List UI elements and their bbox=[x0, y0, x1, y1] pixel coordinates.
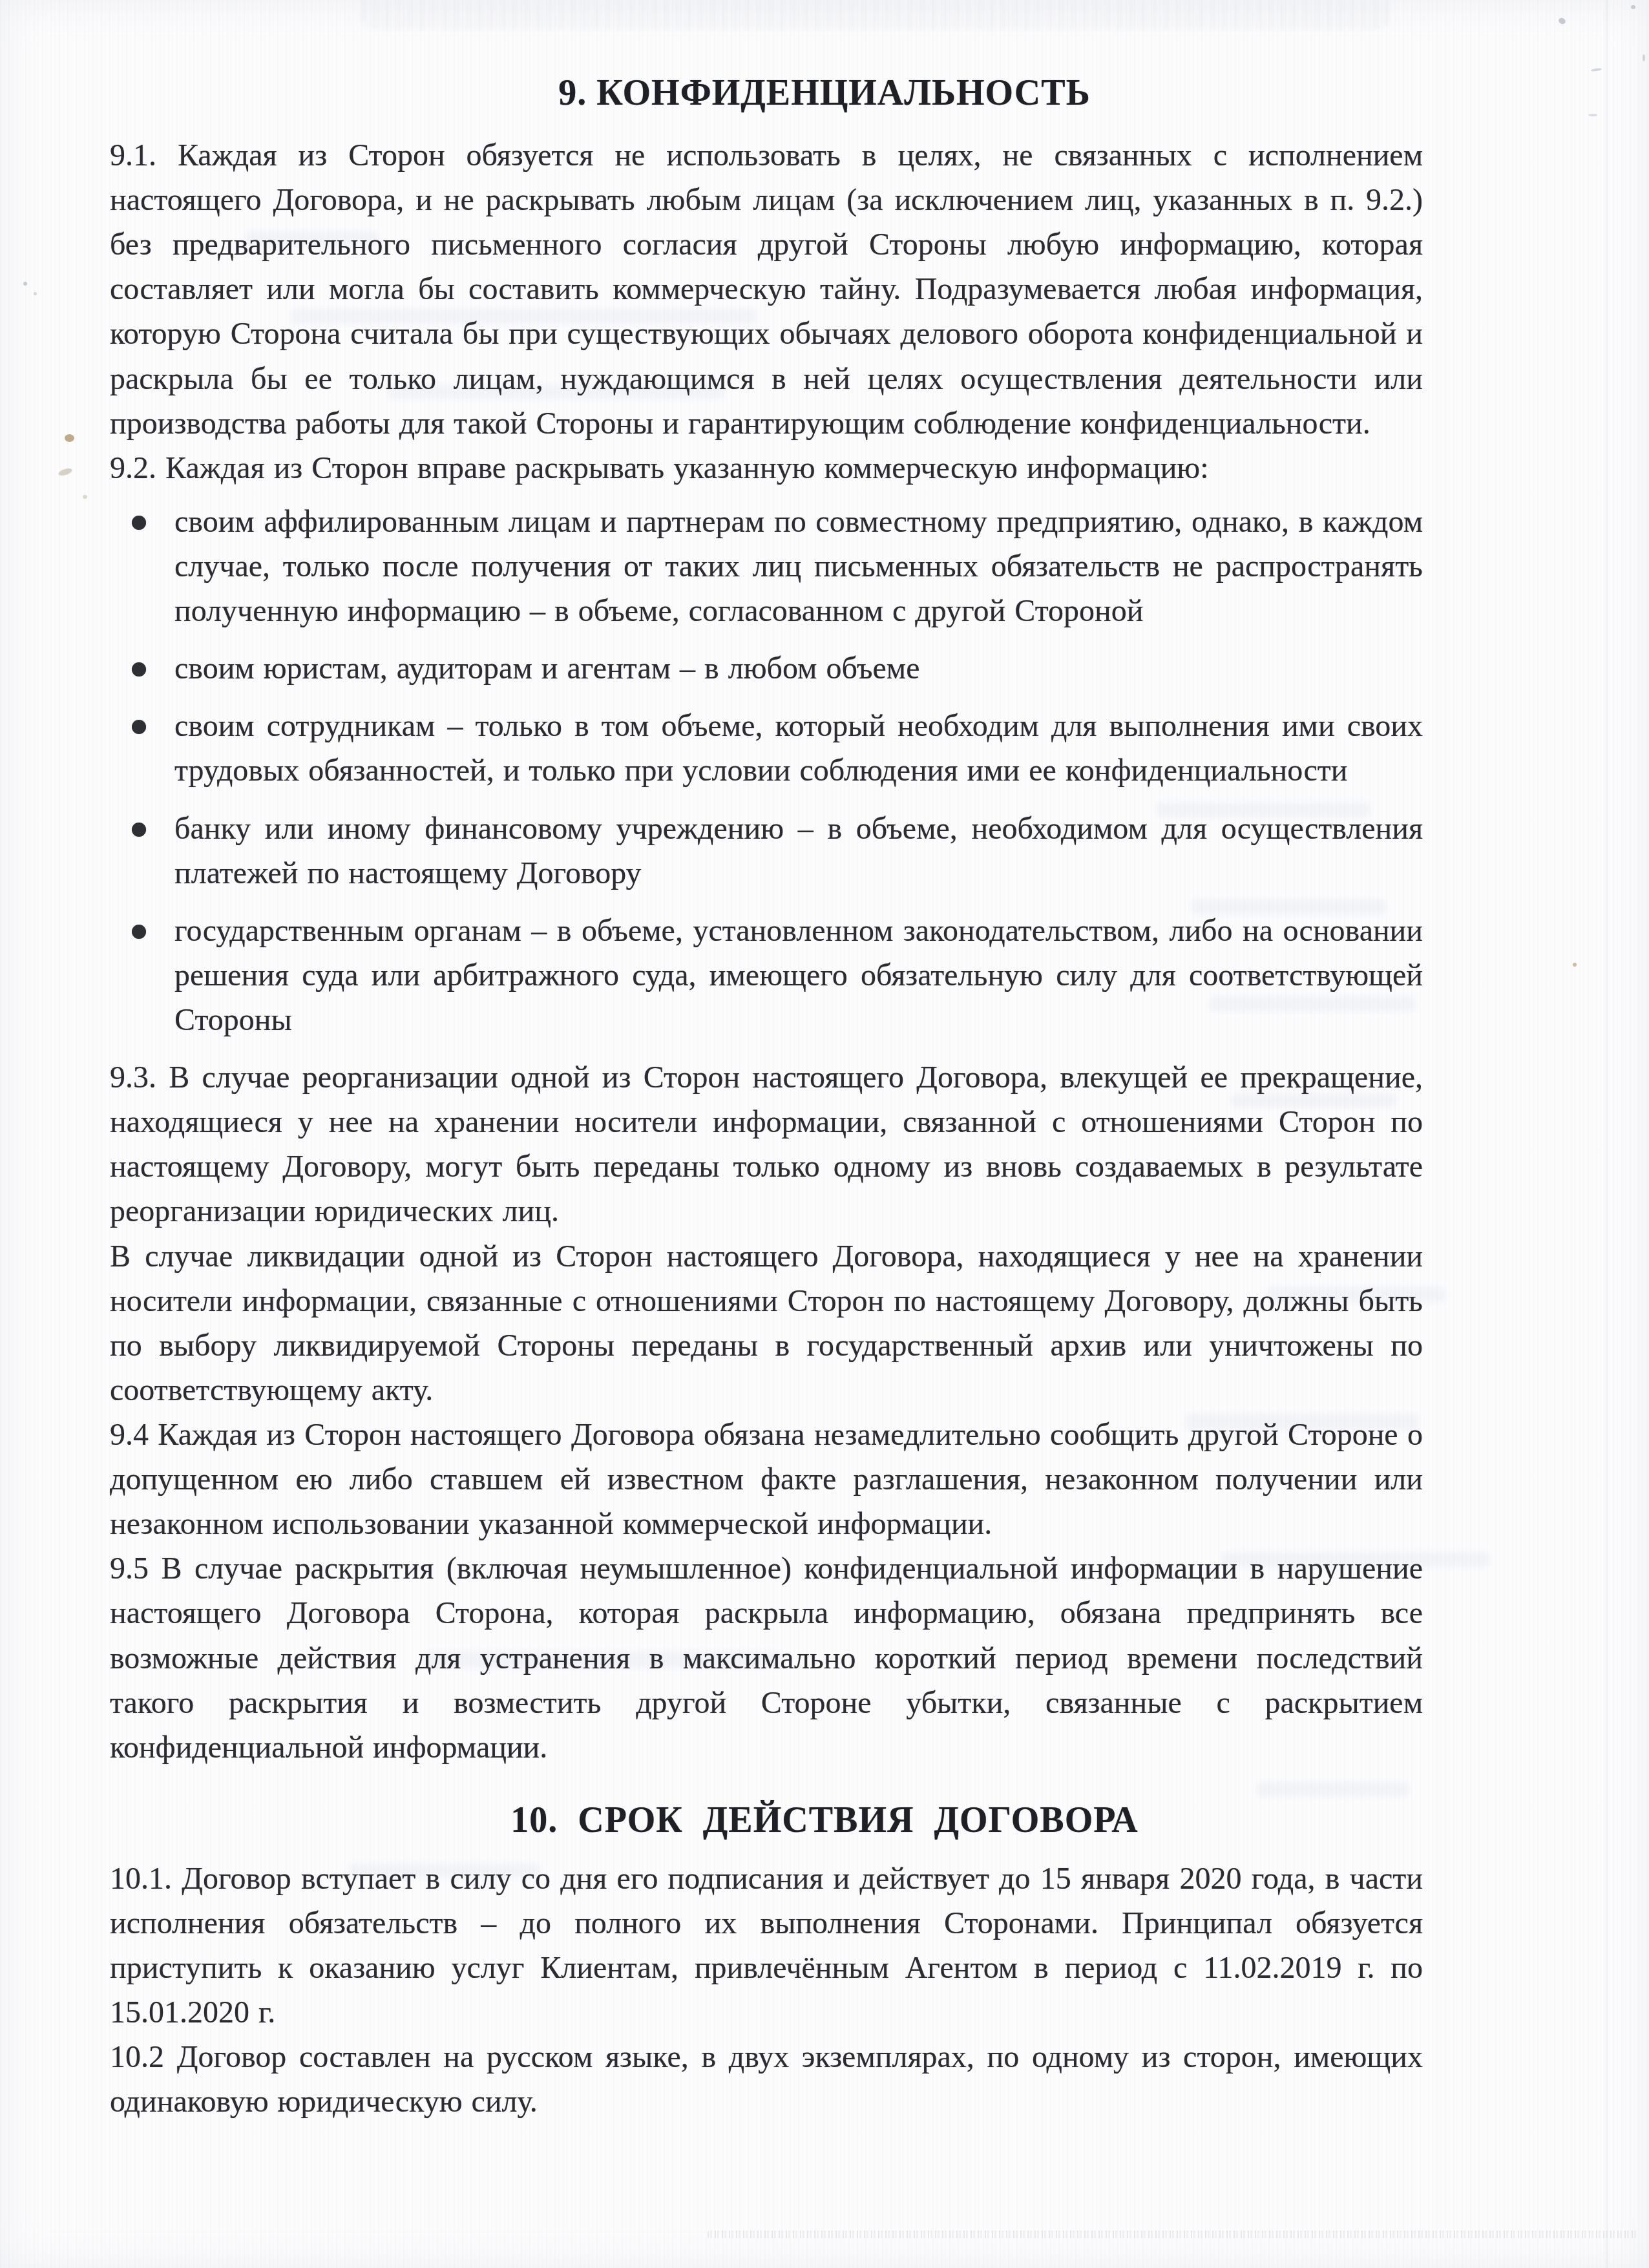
clause-9-3-liquidation: В случае ликвидации одной из Сторон наст… bbox=[110, 1234, 1423, 1412]
list-item: государственным органам – в объеме, уста… bbox=[110, 908, 1423, 1042]
ink-speck bbox=[1591, 68, 1602, 72]
bullet-icon bbox=[132, 925, 146, 939]
list-item: своим юристам, аудиторам и агентам – в л… bbox=[110, 646, 1423, 691]
bullet-icon bbox=[132, 662, 146, 677]
ink-speck bbox=[83, 495, 87, 499]
bullet-icon bbox=[132, 720, 146, 734]
scan-edge-line bbox=[1606, 0, 1608, 2268]
section-9-heading: 9. КОНФИДЕНЦИАЛЬНОСТЬ bbox=[0, 72, 1649, 114]
ink-speck bbox=[1573, 963, 1577, 967]
list-item-text: банку или иному финансовому учреждению –… bbox=[174, 812, 1423, 890]
ink-speck bbox=[1588, 114, 1597, 116]
disclosure-recipients-list: своим аффилированным лицам и партнерам п… bbox=[110, 499, 1423, 1042]
clause-9-1: 9.1. Каждая из Сторон обязуется не испол… bbox=[110, 133, 1423, 446]
ink-speck bbox=[1643, 54, 1645, 61]
list-item-text: государственным органам – в объеме, уста… bbox=[174, 914, 1423, 1037]
list-item-text: своим юристам, аудиторам и агентам – в л… bbox=[174, 651, 919, 686]
scan-noise-bottom bbox=[708, 2231, 1638, 2238]
clause-9-5: 9.5 В случае раскрытия (включая неумышле… bbox=[110, 1546, 1423, 1770]
ink-speck bbox=[1558, 17, 1567, 25]
list-item: своим сотрудникам – только в том объеме,… bbox=[110, 704, 1423, 793]
bullet-icon bbox=[132, 516, 146, 530]
scanned-contract-page: 9. КОНФИДЕНЦИАЛЬНОСТЬ 9.1. Каждая из Сто… bbox=[0, 0, 1649, 2268]
clause-9-2-intro: 9.2. Каждая из Сторон вправе раскрывать … bbox=[110, 446, 1423, 490]
bullet-icon bbox=[132, 823, 146, 837]
ink-speck bbox=[23, 282, 27, 286]
clause-9-4: 9.4 Каждая из Сторон настоящего Договора… bbox=[110, 1412, 1423, 1546]
clause-9-3: 9.3. В случае реорганизации одной из Сто… bbox=[110, 1055, 1423, 1234]
clause-10-1: 10.1. Договор вступает в силу со дня его… bbox=[110, 1856, 1423, 2035]
list-item: банку или иному финансовому учреждению –… bbox=[110, 806, 1423, 896]
clause-10-2: 10.2 Договор составлен на русском языке,… bbox=[110, 2035, 1423, 2124]
document-body: 9. КОНФИДЕНЦИАЛЬНОСТЬ 9.1. Каждая из Сто… bbox=[110, 72, 1423, 2124]
scan-smudge-top bbox=[362, 0, 1389, 30]
ink-speck bbox=[58, 467, 73, 477]
ink-speck bbox=[1631, 5, 1635, 9]
ink-speck bbox=[34, 292, 37, 295]
list-item: своим аффилированным лицам и партнерам п… bbox=[110, 499, 1423, 633]
list-item-text: своим сотрудникам – только в том объеме,… bbox=[174, 709, 1423, 788]
section-10-heading: 10. СРОК ДЕЙСТВИЯ ДОГОВОРА bbox=[0, 1800, 1649, 1841]
list-item-text: своим аффилированным лицам и партнерам п… bbox=[174, 505, 1423, 628]
ink-speck bbox=[65, 434, 74, 442]
